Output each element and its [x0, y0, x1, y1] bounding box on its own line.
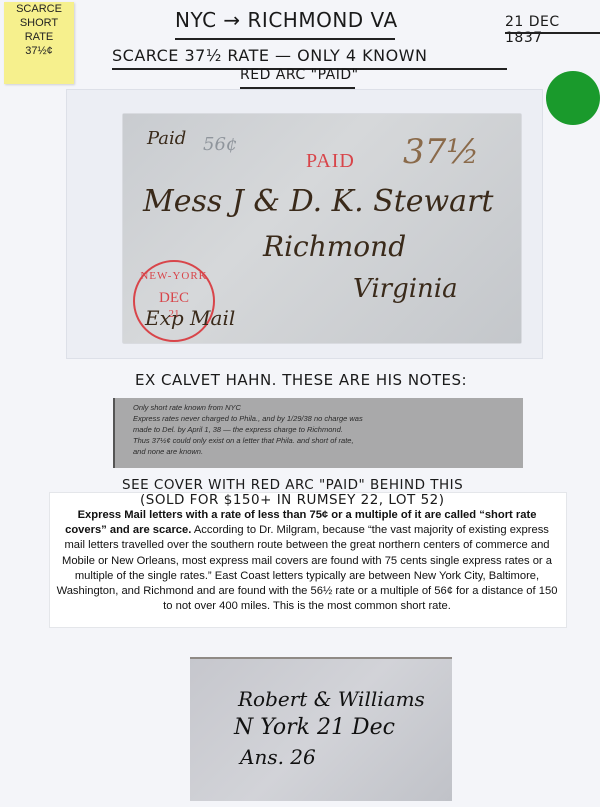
- green-dot-sticker: [546, 71, 600, 125]
- description-body: According to Dr. Milgram, because “the v…: [57, 524, 558, 612]
- note-line: Thus 37½¢ could only exist on a letter t…: [115, 435, 523, 446]
- postal-cover: Paid 56¢ PAID 37½ Mess J & D. K. Stewart…: [123, 114, 521, 343]
- description-paragraph: Express Mail letters with a rate of less…: [56, 508, 558, 614]
- paid-handstamp: PAID: [306, 150, 355, 173]
- notes-header: EX CALVET HAHN. THESE ARE HIS NOTES:: [135, 371, 467, 389]
- docket-fragment: Robert & Williams N York 21 Dec Ans. 26: [190, 657, 452, 801]
- subtitle-text: SCARCE 37½ RATE — ONLY 4 KNOWN: [112, 46, 427, 65]
- sticky-line: SHORT: [4, 16, 74, 30]
- sticky-line: 37½¢: [4, 44, 74, 58]
- marking-title: RED ARC "PAID": [240, 67, 360, 83]
- route-title: NYC → RICHMOND VA: [175, 8, 425, 32]
- route-text: NYC → RICHMOND VA: [175, 8, 398, 32]
- sticky-line: RATE: [4, 30, 74, 44]
- note-line: Express rates never charged to Phila., a…: [115, 413, 523, 424]
- see-note-line-1: SEE COVER WITH RED ARC "PAID" BEHIND THI…: [122, 477, 463, 493]
- see-note-line-2: (SOLD FOR $150+ IN RUMSEY 22, LOT 52): [140, 492, 445, 508]
- address-line-1: Mess J & D. K. Stewart: [143, 184, 493, 219]
- postmark-city: NEW-YORK: [135, 270, 213, 282]
- page-subtitle: SCARCE 37½ RATE — ONLY 4 KNOWN: [112, 46, 512, 65]
- note-line: and none are known.: [115, 446, 523, 457]
- underline: [505, 32, 600, 34]
- note-line: Only short rate known from NYC: [115, 398, 523, 413]
- paid-manuscript: Paid: [147, 128, 186, 149]
- notes-clipping: Only short rate known from NYC Express r…: [113, 398, 523, 468]
- docket-line-2: N York 21 Dec: [234, 715, 395, 740]
- date-text: 21 DEC 1837: [505, 14, 560, 46]
- address-line-3: Virginia: [353, 274, 458, 304]
- address-line-2: Richmond: [263, 230, 406, 263]
- postmark-month: DEC: [135, 290, 213, 307]
- express-mail-endorsement: Exp Mail: [145, 306, 235, 330]
- underline: [175, 38, 395, 40]
- sticky-line: SCARCE: [4, 2, 74, 16]
- sticky-note: SCARCE SHORT RATE 37½¢: [4, 2, 74, 84]
- marking-text: RED ARC "PAID": [240, 67, 359, 83]
- note-line: made to Del. by April 1, 38 — the expres…: [115, 424, 523, 435]
- rate-manuscript: 37½: [403, 132, 479, 172]
- rate-pencil: 56¢: [203, 134, 237, 155]
- docket-line-3: Ans. 26: [240, 745, 316, 769]
- page-date: 21 DEC 1837: [505, 14, 600, 46]
- docket-line-1: Robert & Williams: [238, 687, 425, 711]
